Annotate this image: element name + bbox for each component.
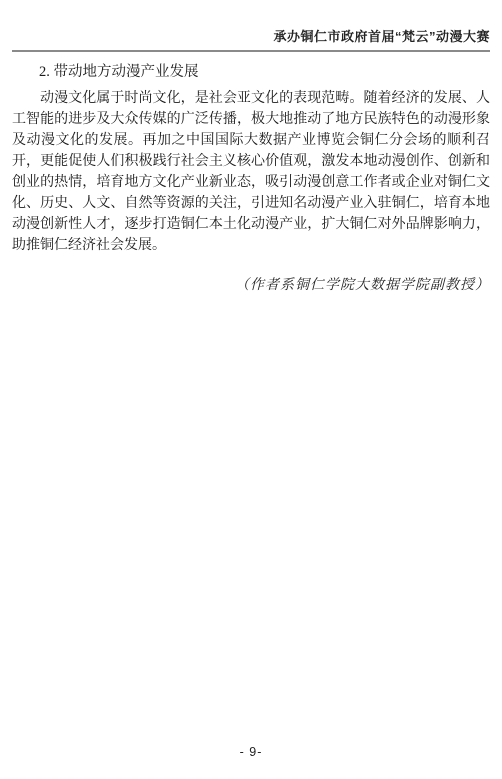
header-rule	[12, 50, 490, 52]
page-footer: - 9-	[0, 744, 502, 760]
page-header: 承办铜仁市政府首届“梵云”动漫大赛	[12, 28, 490, 45]
section-heading: 2. 带动地方动漫产业发展	[12, 62, 490, 83]
author-attribution: （作者系铜仁学院大数据学院副教授）	[12, 275, 490, 296]
header-title: 承办铜仁市政府首届“梵云”动漫大赛	[273, 29, 490, 44]
page-number: - 9-	[240, 745, 263, 759]
page-content: 2. 带动地方动漫产业发展 动漫文化属于时尚文化，是社会亚文化的表现范畴。随着经…	[12, 62, 490, 296]
document-page: 承办铜仁市政府首届“梵云”动漫大赛 2. 带动地方动漫产业发展 动漫文化属于时尚…	[0, 0, 502, 779]
body-paragraph: 动漫文化属于时尚文化，是社会亚文化的表现范畴。随着经济的发展、人工智能的进步及大…	[12, 88, 490, 256]
